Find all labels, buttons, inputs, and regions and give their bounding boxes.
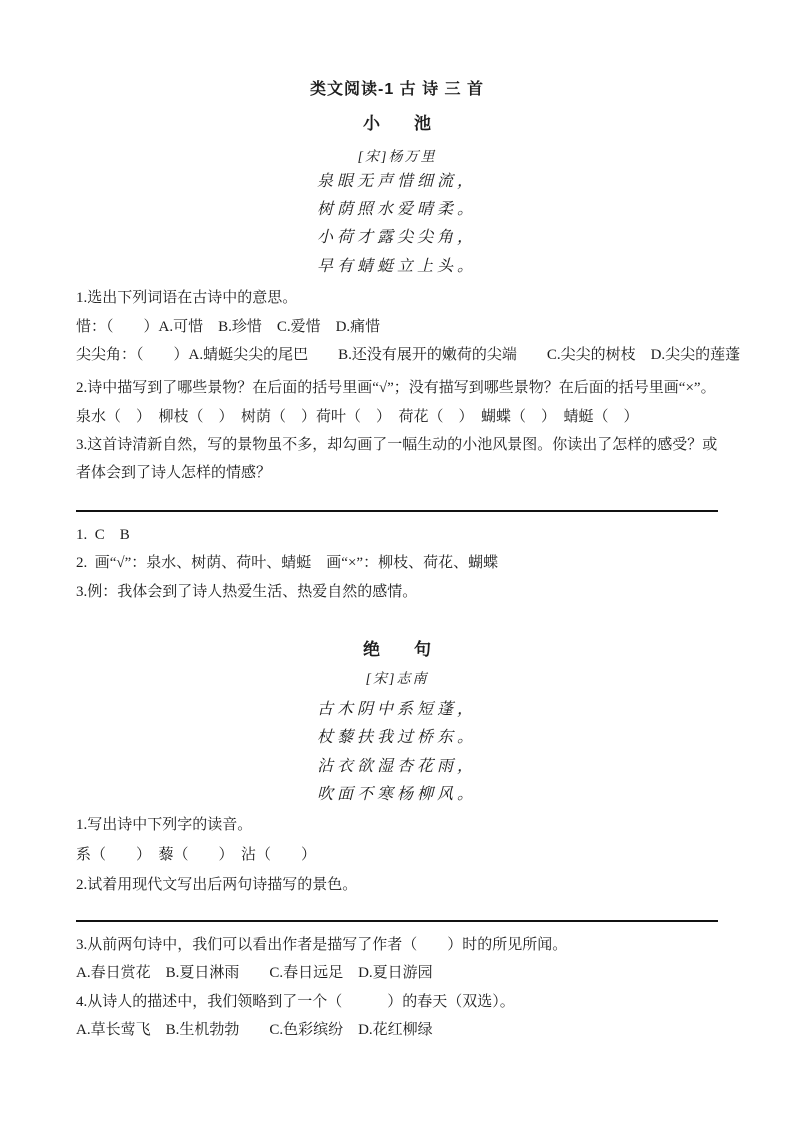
poem2-verse-3: 沾衣欲湿杏花雨，: [76, 753, 718, 781]
poem1-title: 小 池: [76, 110, 718, 138]
poem2-author: [宋]志南: [76, 666, 718, 694]
section-divider-2: [76, 920, 718, 922]
poem1-question-1-item-xi: 惜：（ ）A.可惜 B.珍惜 C.爱惜 D.痛惜: [76, 313, 718, 341]
poem1-verse-3: 小荷才露尖尖角，: [76, 224, 718, 252]
doc-title: 类文阅读-1 古 诗 三 首: [76, 76, 718, 104]
section-divider-1: [76, 510, 718, 512]
poem1-verse-1: 泉眼无声惜细流，: [76, 168, 718, 196]
poem1-question-1: 1.选出下列词语在古诗中的意思。: [76, 284, 718, 312]
poem1-verse-2: 树荫照水爱晴柔。: [76, 196, 718, 224]
poem2-verse-2: 杖藜扶我过桥东。: [76, 724, 718, 752]
poem2-question-3-options: A.春日赏花 B.夏日淋雨 C.春日远足 D.夏日游园: [76, 959, 718, 987]
poem2-verse-1: 古木阴中系短蓬，: [76, 696, 718, 724]
poem1-question-2: 2.诗中描写到了哪些景物？在后面的括号里画“√”；没有描写到哪些景物？在后面的括…: [76, 374, 718, 402]
poem2-question-2: 2.试着用现代文写出后两句诗描写的景色。: [76, 871, 718, 899]
poem2-question-1: 1.写出诗中下列字的读音。: [76, 811, 718, 839]
poem2-verse-4: 吹面不寒杨柳风。: [76, 781, 718, 809]
poem2-question-4-options: A.草长莺飞 B.生机勃勃 C.色彩缤纷 D.花红柳绿: [76, 1016, 718, 1044]
poem2-question-3: 3.从前两句诗中，我们可以看出作者是描写了作者（ ）时的所见所闻。: [76, 931, 718, 959]
worksheet-page: 类文阅读-1 古 诗 三 首 小 池 [宋]杨万里 泉眼无声惜细流， 树荫照水爱…: [0, 0, 793, 1122]
poem2-title: 绝 句: [76, 636, 718, 664]
poem2-question-4: 4.从诗人的描述中，我们领略到了一个（ ）的春天（双选）。: [76, 988, 718, 1016]
poem1-question-1-item-jianjianjiao: 尖尖角：（ ）A.蜻蜓尖尖的尾巴 B.还没有展开的嫩荷的尖端 C.尖尖的树枝 D…: [76, 341, 718, 369]
poem1-answer-2: 2. 画“√”：泉水、树荫、荷叶、蜻蜓 画“×”：柳枝、荷花、蝴蝶: [76, 549, 718, 577]
poem1-answer-1: 1. C B: [76, 521, 718, 549]
poem1-question-2-blanks: 泉水（ ） 柳枝（ ） 树荫（ ）荷叶（ ） 荷花（ ） 蝴蝶（ ） 蜻蜓（ ）: [76, 403, 718, 431]
poem2-question-1-blanks: 系（ ） 藜（ ） 沾（ ）: [76, 841, 718, 869]
poem1-answer-3: 3.例：我体会到了诗人热爱生活、热爱自然的感情。: [76, 578, 718, 606]
poem1-question-3: 3.这首诗清新自然，写的景物虽不多，却勾画了一幅生动的小池风景图。你读出了怎样的…: [76, 431, 718, 487]
poem1-verse-4: 早有蜻蜓立上头。: [76, 253, 718, 281]
